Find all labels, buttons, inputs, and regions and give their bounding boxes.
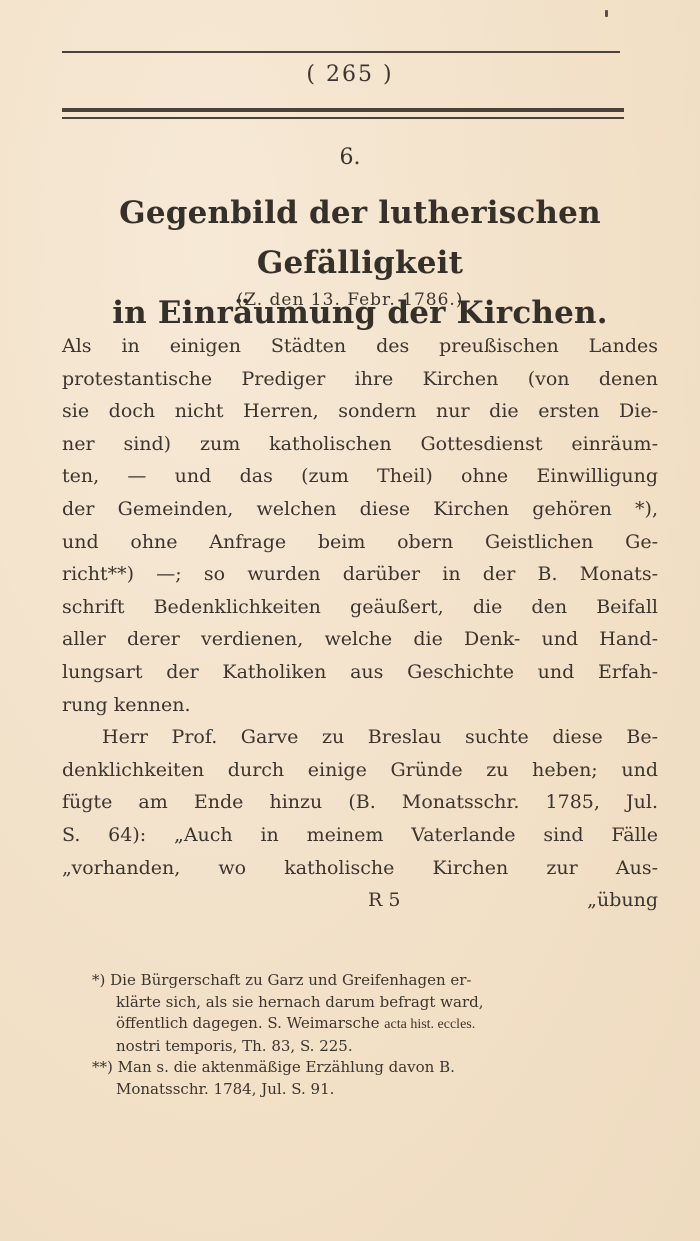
text-line: ten, — und das (zum Theil) ohne Einwilli… — [62, 460, 658, 493]
catchword: „übung — [587, 884, 658, 917]
text-line: Herr Prof. Garve zu Breslau suchte diese… — [62, 721, 658, 754]
text-line: aller derer verdienen, welche die Denk- … — [62, 623, 658, 656]
text-line: und ohne Anfrage beim obern Geistlichen … — [62, 526, 658, 559]
paper-speck — [605, 10, 608, 17]
text-line: denklichkeiten durch einige Gründe zu he… — [62, 754, 658, 787]
footnote-text: Man s. die aktenmäßige Erzählung davon B… — [118, 1058, 455, 1076]
section-title: Gegenbild der lutherischen Gefälligkeit … — [55, 188, 665, 338]
footnote-text: Die Bürgerschaft zu Garz und Greifenhage… — [110, 971, 471, 989]
text-line: protestantische Prediger ihre Kirchen (v… — [62, 363, 658, 396]
text-line: S. 64): „Auch in meinem Vaterlande sind … — [62, 819, 658, 852]
text-line: ner sind) zum katholischen Gottesdienst … — [62, 428, 658, 461]
dateline: (Z. den 13. Febr. 1786.) — [0, 290, 700, 310]
footnote-marker: *) — [92, 971, 105, 989]
header-rule-double-thin — [62, 117, 624, 119]
section-number: 6. — [0, 145, 700, 170]
text-line: schrift Bedenklichkeiten geäußert, die d… — [62, 591, 658, 624]
text-line: rung kennen. — [62, 689, 658, 722]
text-line: „vorhanden, wo katholische Kirchen zur A… — [62, 852, 658, 885]
text-line: fügte am Ende hinzu (B. Monatsschr. 1785… — [62, 786, 658, 819]
header-rule-top — [62, 51, 620, 53]
footnote-latin: acta hist. eccles. — [384, 1017, 475, 1032]
text-line: der Gemeinden, welchen diese Kirchen geh… — [62, 493, 658, 526]
footnote-text: nostri temporis, Th. 83, S. 225. — [92, 1036, 652, 1058]
footnote-1: *) Die Bürgerschaft zu Garz und Greifenh… — [92, 970, 652, 1057]
footnote-text: Monatsschr. 1784, Jul. S. 91. — [92, 1079, 652, 1101]
text-line: sie doch nicht Herren, sondern nur die e… — [62, 395, 658, 428]
footnote-marker: **) — [92, 1058, 113, 1076]
signature-mark: R 5 — [368, 884, 400, 917]
signature-row: R 5 „übung — [62, 884, 658, 917]
page-number: ( 265 ) — [0, 62, 700, 87]
footnotes: *) Die Bürgerschaft zu Garz und Greifenh… — [92, 970, 652, 1100]
text-line: Als in einigen Städten des preußischen L… — [62, 330, 658, 363]
footnote-text: öffentlich dagegen. S. Weimarsche — [116, 1014, 380, 1032]
title-line: Gegenbild der lutherischen Gefälligkeit — [55, 188, 665, 288]
paragraph-1: Als in einigen Städten des preußischen L… — [62, 330, 658, 721]
body-text: Als in einigen Städten des preußischen L… — [62, 330, 658, 917]
footnote-2: **) Man s. die aktenmäßige Erzählung dav… — [92, 1057, 652, 1100]
header-rule-double-thick — [62, 108, 624, 112]
text-line: richt**) —; so wurden darüber in der B. … — [62, 558, 658, 591]
footnote-text: klärte sich, als sie hernach darum befra… — [92, 992, 652, 1014]
paragraph-2: Herr Prof. Garve zu Breslau suchte diese… — [62, 721, 658, 884]
text-line: lungsart der Katholiken aus Geschichte u… — [62, 656, 658, 689]
